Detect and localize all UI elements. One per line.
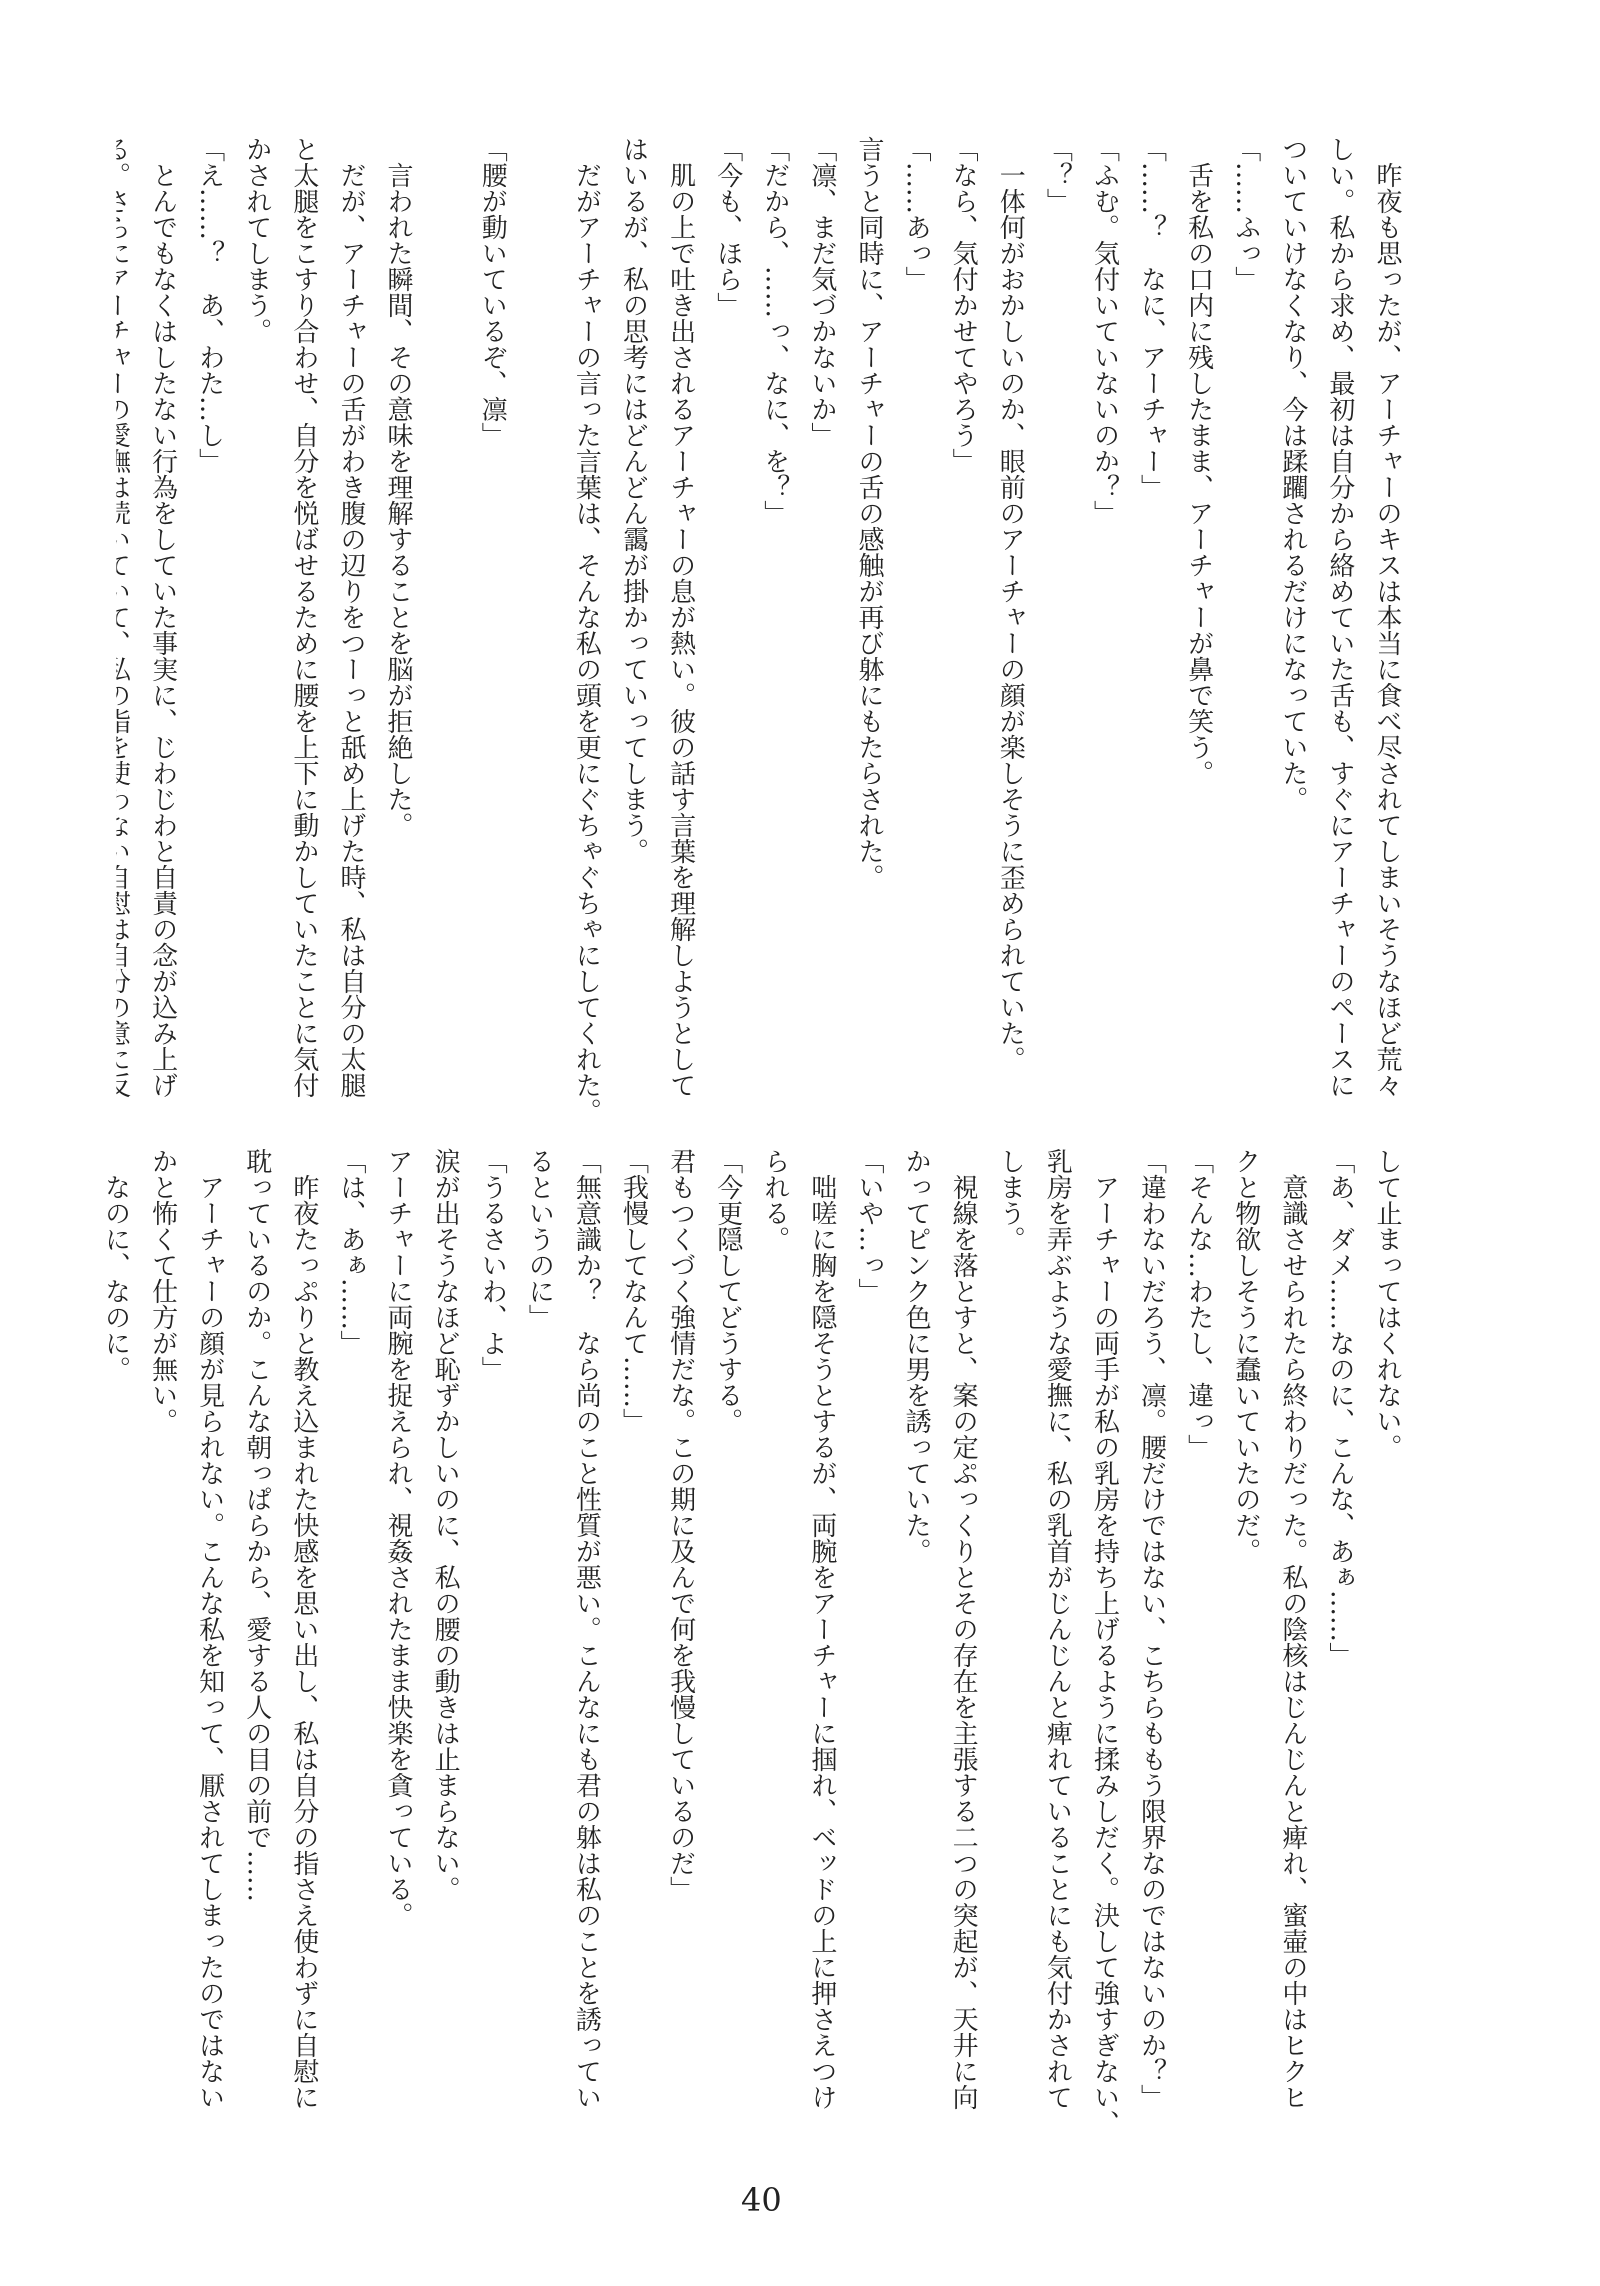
lower-line: 「違わないだろう、凛。腰だけではない、こちらももう限界なのではないのか？」 (1127, 1148, 1174, 2148)
upper-line: 言われた瞬間、その意味を理解することを脳が拒絶した。 (374, 136, 421, 1136)
lower-line: 「うるさいわ、よ」 (468, 1148, 515, 2148)
lower-line: 耽っているのか。こんな朝っぱらから、愛する人の目の前で…… (233, 1148, 280, 2148)
lower-line: 「無意識か？ なら尚のこと性質が悪い。こんなにも君の躰は私のことを誘ってい (562, 1148, 609, 2148)
lower-line: アーチャーの顔が見られない。こんな私を知って、厭されてしまったのではない (186, 1148, 233, 2148)
upper-line: 「凛、まだ気づかないか」 (798, 136, 845, 1136)
upper-line: とんでもなくはしたない行為をしていた事実に、じわじわと自責の念が込み上げ (138, 136, 185, 1136)
upper-text-block: 昨夜も思ったが、アーチャーのキスは本当に食べ尽されてしまいそうなほど荒々 しい。… (91, 136, 1410, 1136)
upper-line: 一体何がおかしいのか、眼前のアーチャーの顔が楽しそうに歪められていた。 (986, 136, 1033, 1136)
lower-line: 「いや…っ」 (845, 1148, 892, 2148)
blank-line (421, 136, 468, 1136)
upper-line: 言うと同時に、アーチャーの舌の感触が再び躰にもたらされた。 (845, 136, 892, 1136)
lower-line: 「は、あぁ……」 (327, 1148, 374, 2148)
lower-line: るというのに」 (515, 1148, 562, 2148)
blank-line (515, 136, 562, 1136)
upper-line: だが、アーチャーの舌がわき腹の辺りをつーっと舐め上げた時、私は自分の太腿 (327, 136, 374, 1136)
lower-line: かと怖くて仕方が無い。 (138, 1148, 185, 2148)
upper-line: 「腰が動いているぞ、凛」 (468, 136, 515, 1136)
lower-line: クと物欲しそうに蠢いていたのだ。 (1222, 1148, 1269, 2148)
upper-line: 「なら、気付かせてやろう」 (939, 136, 986, 1136)
lower-line: 昨夜たっぷりと教え込まれた快感を思い出し、私は自分の指さえ使わずに自慰に (280, 1148, 327, 2148)
upper-line: かされてしまう。 (233, 136, 280, 1136)
lower-line: 「そんな…わたし、違っ」 (1175, 1148, 1222, 2148)
upper-line: 「……あっ」 (892, 136, 939, 1136)
upper-line: 昨夜も思ったが、アーチャーのキスは本当に食べ尽されてしまいそうなほど荒々 (1363, 136, 1410, 1136)
lower-line: 意識させられたら終わりだった。私の陰核はじんじんと痺れ、蜜壷の中はヒクヒ (1269, 1148, 1316, 2148)
lower-line: 「今更隠してどうする。 (704, 1148, 751, 2148)
lower-line: 視線を落とすと、案の定ぷっくりとその存在を主張する二つの突起が、天井に向 (939, 1148, 986, 2148)
document-page: 昨夜も思ったが、アーチャーのキスは本当に食べ尽されてしまいそうなほど荒々 しい。… (0, 0, 1600, 2286)
upper-line: 舌を私の口内に残したまま、アーチャーが鼻で笑う。 (1175, 136, 1222, 1136)
lower-line: かってピンク色に男を誘っていた。 (892, 1148, 939, 2148)
lower-line: 涙が出そうなほど恥ずかしいのに、私の腰の動きは止まらない。 (421, 1148, 468, 2148)
upper-line: 「……？ なに、アーチャー」 (1127, 136, 1174, 1136)
page-number: 40 (741, 2182, 781, 2218)
upper-line: 「今も、ほら」 (704, 136, 751, 1136)
lower-line: 「我慢してなんて……」 (609, 1148, 656, 2148)
lower-line: 君もつくづく強情だな。この期に及んで何を我慢しているのだ」 (657, 1148, 704, 2148)
lower-line: しまう。 (986, 1148, 1033, 2148)
lower-line: 「あ、ダメ……なのに、こんな、あぁ……」 (1316, 1148, 1363, 2148)
upper-line-clipped: る。さらにアーチャーの愛撫は続いていて、私の指を使わない自慰は自分の意に反 (91, 136, 138, 1136)
lower-line: られる。 (751, 1148, 798, 2148)
upper-line: と太腿をこすり合わせ、自分を悦ばせるために腰を上下に動かしていたことに気付 (280, 136, 327, 1136)
upper-line: 「……ふっ」 (1222, 136, 1269, 1136)
upper-line: 「だから、……っ、なに、を？」 (751, 136, 798, 1136)
upper-line: 「ふむ。気付いていないのか？」 (1080, 136, 1127, 1136)
lower-line: なのに、なのに。 (91, 1148, 138, 2148)
lower-line: して止まってはくれない。 (1363, 1148, 1410, 2148)
lower-line: アーチャーの両手が私の乳房を持ち上げるように揉みしだく。決して強すぎない、 (1080, 1148, 1127, 2148)
upper-line: だがアーチャーの言った言葉は、そんな私の頭を更にぐちゃぐちゃにしてくれた。 (562, 136, 609, 1136)
upper-line: しい。私から求め、最初は自分から絡めていた舌も、すぐにアーチャーのペースに (1316, 136, 1363, 1136)
upper-line: はいるが、私の思考にはどんどん靄が掛かっていってしまう。 (609, 136, 656, 1136)
upper-line: 「え……？ あ、わた…し」 (186, 136, 233, 1136)
lower-line: 咄嗟に胸を隠そうとするが、両腕をアーチャーに掴れ、ベッドの上に押さえつけ (798, 1148, 845, 2148)
lower-line: 乳房を弄ぶような愛撫に、私の乳首がじんじんと痺れていることにも気付かされて (1033, 1148, 1080, 2148)
lower-text-block: して止まってはくれない。 「あ、ダメ……なのに、こんな、あぁ……」 意識させられ… (91, 1148, 1410, 2148)
lower-line: アーチャーに両腕を捉えられ、視姦されたまま快楽を貪っている。 (374, 1148, 421, 2148)
upper-line: ついていけなくなり、今は蹂躙されるだけになっていた。 (1269, 136, 1316, 1136)
upper-line: 肌の上で吐き出されるアーチャーの息が熱い。彼の話す言葉を理解しようとして (657, 136, 704, 1136)
upper-line: 「？」 (1033, 136, 1080, 1136)
